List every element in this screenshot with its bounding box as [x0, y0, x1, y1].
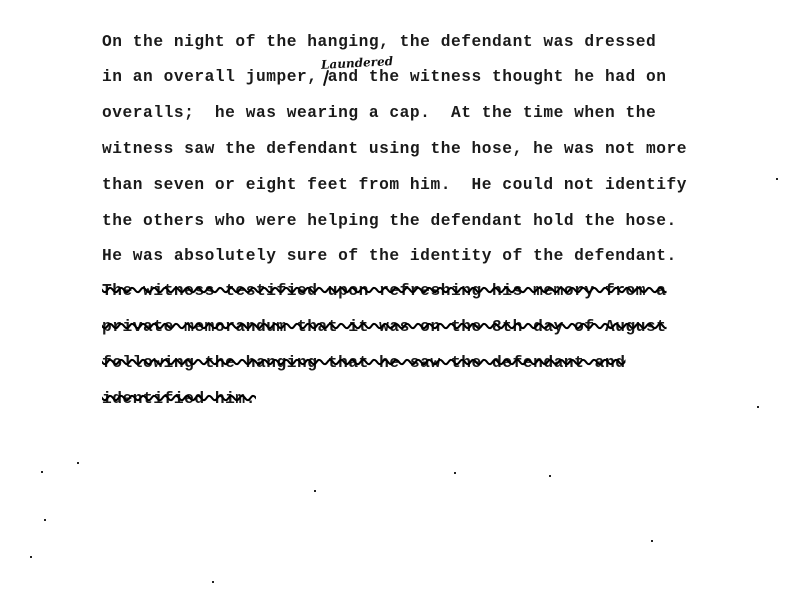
scan-speck: [757, 406, 759, 408]
scan-speck: [44, 519, 46, 521]
scan-speck: [549, 475, 551, 477]
text-line-7: He was absolutely sure of the identity o…: [102, 246, 677, 266]
struck-line-10: following the hanging that he saw the de…: [102, 353, 625, 373]
struck-line-9: private memorandum that it was on the 8t…: [102, 317, 667, 337]
text-line-4: witness saw the defendant using the hose…: [102, 139, 687, 159]
scan-speck: [77, 462, 79, 464]
scan-speck: [314, 490, 316, 492]
scan-speck: [30, 556, 32, 558]
text-line-1: On the night of the hanging, the defenda…: [102, 32, 656, 52]
text-line-5: than seven or eight feet from him. He co…: [102, 175, 687, 195]
struck-line-11: identified him.: [102, 389, 256, 409]
text-line-6: the others who were helping the defendan…: [102, 211, 677, 231]
text-line-2: in an overall jumper, and the witness th…: [102, 67, 667, 87]
scan-speck: [776, 178, 778, 180]
scan-speck: [212, 581, 214, 583]
struck-line-8: The witness testified upon refreshing hi…: [102, 281, 667, 301]
scan-speck: [651, 540, 653, 542]
scan-speck: [41, 471, 43, 473]
scan-speck: [454, 472, 456, 474]
text-line-3: overalls; he was wearing a cap. At the t…: [102, 103, 656, 123]
document-page: On the night of the hanging, the defenda…: [0, 0, 800, 602]
